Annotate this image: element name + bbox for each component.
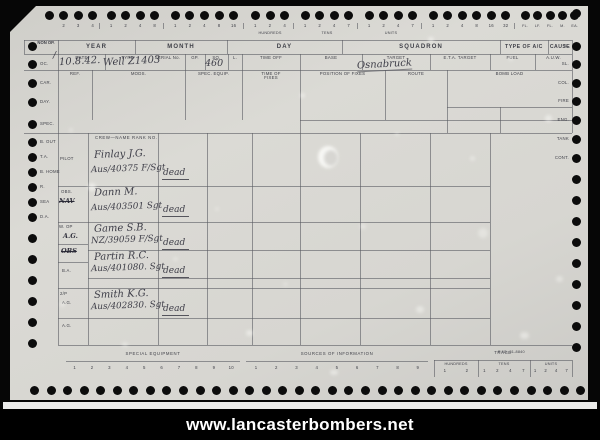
punch-hole [379, 11, 388, 20]
punch-hole [212, 386, 221, 395]
punch-hole [113, 386, 122, 395]
crew-number: Aus/401080. Sgt [91, 263, 165, 274]
paper-stain [478, 228, 488, 238]
crew-role-label: PILOT [60, 157, 74, 162]
bottom-scale-line [246, 361, 428, 362]
punch-hole [47, 386, 56, 395]
entry-date-handwritten: 10.8.42. [59, 56, 101, 68]
punch-hole [136, 11, 145, 20]
scale-digit: 7 [404, 24, 422, 29]
paper-stain [395, 132, 399, 136]
left-margin-label: D.A. [40, 215, 49, 220]
paper-stain [509, 57, 513, 61]
left-margin-label: OC. [40, 62, 48, 67]
punch-hole [501, 11, 510, 20]
header-day: DAY [227, 44, 342, 51]
scale-digit: 7 [170, 366, 187, 371]
crew-name: Partin R.C. [94, 251, 149, 263]
table-line-horizontal [58, 318, 490, 319]
punch-hole [487, 11, 496, 20]
punch-hole [311, 386, 320, 395]
table-line-vertical [228, 54, 229, 70]
left-margin-label: R. [40, 185, 45, 190]
punch-hole [146, 386, 155, 395]
table-line-vertical [207, 133, 208, 345]
scale-digit: 5 [136, 366, 153, 371]
scale-digit: 8 [388, 366, 408, 371]
punch-hole [576, 386, 585, 395]
scale-digit: 9 [205, 366, 222, 371]
punch-hole [28, 183, 37, 192]
left-margin-label: DAY. [40, 100, 50, 105]
crew-fate: dead [162, 267, 189, 278]
punch-hole [572, 217, 581, 226]
punch-hole [179, 386, 188, 395]
table-line-vertical [252, 133, 253, 345]
scale-group-tick [421, 23, 422, 29]
punch-hole [295, 386, 304, 395]
detail-ref: REF. [58, 72, 92, 77]
punch-hole [378, 386, 387, 395]
table-line-horizontal [88, 278, 490, 279]
paper-stain [360, 224, 366, 229]
table-line-horizontal [447, 107, 572, 108]
punch-hole [365, 11, 374, 20]
punch-hole [572, 343, 581, 352]
punch-hole [361, 386, 370, 395]
punch-hole [45, 11, 54, 20]
scale-digit: 16 [225, 24, 243, 29]
scale-digit: 4 [118, 366, 135, 371]
table-line-horizontal [24, 54, 572, 55]
punch-hole [572, 135, 581, 144]
scale-group-tick [99, 23, 100, 29]
scale-digit: 6 [347, 366, 367, 371]
table-line-vertical [24, 40, 25, 54]
crew-number: Aus/402830. Sgt [91, 301, 165, 312]
crew-fate: dead [162, 305, 189, 316]
punch-hole [59, 11, 68, 20]
punch-hole [572, 322, 581, 331]
scale-sub-label: TENS [298, 31, 356, 35]
punch-hole [28, 198, 37, 207]
crew-name: Game S.B. [94, 223, 147, 235]
punch-hole [527, 386, 536, 395]
table-line-horizontal [24, 133, 572, 134]
punch-hole [521, 11, 530, 20]
detail-mods: MODS. [92, 72, 185, 77]
scale-digit: 2 [266, 366, 286, 371]
scale-sub-label: UNITS [362, 31, 420, 35]
punch-hole [408, 11, 417, 20]
table-line-vertical [490, 54, 491, 70]
paper-stain [470, 156, 475, 161]
punch-hole [88, 11, 97, 20]
table-line-vertical [185, 70, 186, 120]
punch-hole [572, 116, 581, 125]
punch-hole [28, 138, 37, 147]
table-line-vertical [105, 54, 106, 70]
punch-hole [477, 386, 486, 395]
scale-digit: 4 [307, 366, 327, 371]
punch-hole [344, 11, 353, 20]
field-gp: GP. [185, 56, 205, 61]
table-line-vertical [500, 40, 501, 54]
field-l: L. [228, 56, 242, 61]
scale-digit: EA. [566, 24, 584, 28]
crew-role-handwritten: NAV [59, 197, 75, 205]
paper-stain [283, 282, 288, 286]
punch-hole [266, 11, 275, 20]
punch-hole [28, 318, 37, 327]
paper-stain [416, 306, 424, 313]
table-line-horizontal [24, 40, 572, 41]
right-margin-label: ENG. [536, 118, 569, 123]
left-margin-label: T.A. [40, 155, 48, 160]
right-margin-label: CONT. [536, 156, 569, 161]
scale-digit: 2 [491, 369, 504, 374]
punch-hole [315, 11, 324, 20]
crew-role-handwritten: OBS [61, 247, 77, 255]
scale-group-tick [357, 23, 358, 29]
punch-hole [251, 11, 260, 20]
field-eta-target: E.T.A. TARGET [430, 56, 490, 61]
punch-hole [543, 386, 552, 395]
table-line-vertical [242, 70, 243, 120]
table-line-vertical [205, 54, 206, 70]
scale-digit: 1 [530, 369, 541, 374]
scale-digit: 4 [504, 369, 517, 374]
table-line-vertical [490, 133, 491, 345]
punch-hole [460, 386, 469, 395]
crew-fate: dead [162, 239, 189, 250]
punch-hole [28, 255, 37, 264]
punch-hole [262, 386, 271, 395]
special-equipment-title: SPECIAL EQUIPMENT [66, 352, 240, 357]
bottom-scale-line [66, 361, 240, 362]
punch-hole [472, 11, 481, 20]
crew-fate: dead [162, 169, 189, 180]
detail-time-of-fixes: TIME OF FIXES [256, 72, 286, 82]
trace-sub-label: TENS [478, 362, 530, 366]
punch-hole [429, 11, 438, 20]
punch-hole [572, 280, 581, 289]
punch-hole [278, 386, 287, 395]
punch-hole [150, 11, 159, 20]
left-margin-label: CAR. [40, 81, 51, 86]
table-line-horizontal [58, 244, 88, 245]
punch-hole [129, 386, 138, 395]
table-line-vertical [447, 70, 448, 133]
punch-hole [245, 386, 254, 395]
scale-digit: 2 [83, 366, 100, 371]
punch-hole [493, 386, 502, 395]
field-time-off: TIME OFF [242, 56, 300, 61]
punch-hole [30, 386, 39, 395]
scale-sub-label: HUNDREDS [248, 31, 292, 35]
header-squadron: SQUADRON [342, 44, 500, 51]
entry-type-serial-handwritten: Well Z1403 [103, 56, 161, 69]
paper-stain [173, 257, 178, 261]
punch-hole [280, 11, 289, 20]
table-line-vertical [430, 54, 431, 70]
crew-name: Dann M. [94, 187, 138, 199]
punch-hole [28, 98, 37, 107]
punch-hole [28, 339, 37, 348]
header-year: YEAR [58, 44, 135, 51]
crew-fate: dead [162, 206, 189, 217]
punch-hole [196, 386, 205, 395]
table-line-vertical [362, 54, 363, 70]
scale-digit: 9 [408, 366, 428, 371]
crew-role-handwritten: A.G. [63, 232, 78, 240]
table-line-horizontal [300, 120, 572, 121]
punch-hole [444, 386, 453, 395]
punch-hole [427, 386, 436, 395]
punch-hole [74, 11, 83, 20]
table-line-vertical [227, 40, 228, 54]
table-line-vertical [360, 133, 361, 345]
scale-digit: 4 [551, 369, 562, 374]
field-base: BASE [300, 56, 362, 61]
trace-sub-label: HUNDREDS [434, 362, 478, 366]
scale-digit: 1 [434, 369, 456, 374]
punch-hole [162, 386, 171, 395]
punch-hole [28, 79, 37, 88]
punch-hole [328, 386, 337, 395]
website-bar: www.lancasterbombers.net [0, 409, 600, 440]
right-margin-label: SL. [536, 62, 569, 67]
scale-digit: 7 [562, 369, 573, 374]
punch-hole [28, 213, 37, 222]
crew-role-label: OBS. [61, 190, 72, 195]
punch-hole [572, 175, 581, 184]
punch-hole [96, 386, 105, 395]
punch-hole [572, 301, 581, 310]
punch-hole [28, 153, 37, 162]
scale-group-tick [434, 360, 435, 377]
scale-group-tick [243, 23, 244, 29]
right-margin-label: TANK [536, 137, 569, 142]
crew-number: Aus/403501 Sgt [91, 202, 162, 213]
trace-sub-label: UNITS [530, 362, 572, 366]
scale-digit: 32 [497, 24, 515, 29]
crew-number: NZ/39059 F/Sgt [91, 235, 163, 246]
table-line-vertical [135, 40, 136, 54]
entry-squadron-handwritten: 460 [205, 59, 223, 69]
scale-group-tick [572, 360, 573, 377]
scale-digit: 4 [276, 24, 294, 29]
scale-digit: 8 [146, 24, 164, 29]
right-margin-label: FIRE [536, 99, 569, 104]
crew-name: Smith K.G. [94, 289, 149, 301]
table-line-vertical [242, 54, 243, 70]
paper-stain [246, 330, 253, 336]
punch-hole [443, 11, 452, 20]
paper-stain [300, 93, 305, 98]
crew-name: Finlay J.G. [94, 149, 146, 161]
paper-stain [520, 332, 529, 339]
punch-hole [394, 386, 403, 395]
crew-number: Aus/40375 F/Sgt [91, 164, 166, 175]
punch-hole [28, 168, 37, 177]
scale-digit: 7 [517, 369, 530, 374]
scale-digit: 2 [456, 369, 478, 374]
scale-group-tick [163, 23, 164, 29]
crew-role-label: W. OP [59, 225, 73, 230]
punch-hole [80, 386, 89, 395]
punch-hole [215, 11, 224, 20]
table-line-horizontal [58, 345, 572, 346]
table-line-vertical [58, 40, 59, 345]
paper-stain [60, 302, 65, 307]
punch-hole [572, 79, 581, 88]
scale-digit: 7 [340, 24, 358, 29]
punch-hole [28, 276, 37, 285]
punch-hole [510, 386, 519, 395]
punch-hole [572, 60, 581, 69]
scale-digit: 6 [153, 366, 170, 371]
left-margin-label: SPEC. [40, 122, 54, 127]
scale-group-tick [293, 23, 294, 29]
right-margin-label: COL. [536, 81, 569, 86]
punch-card-content: NON OP. YEAR MONTH DAY SQUADRON TYPE OF … [0, 0, 600, 440]
punch-hole [107, 11, 116, 20]
punch-hole [28, 297, 37, 306]
entry-check-mark: / [53, 52, 56, 61]
punch-hole [185, 11, 194, 20]
table-line-vertical [92, 70, 93, 120]
punch-hole [572, 9, 581, 18]
scale-digit: 10 [223, 366, 240, 371]
punch-hole [546, 11, 555, 20]
paper-stain [330, 370, 338, 375]
form-number: P.8O. 51-8840 [498, 350, 525, 354]
paper-stain [69, 128, 73, 132]
punch-hole [572, 196, 581, 205]
crew-role-label: A.G. [62, 324, 72, 329]
punch-hole [560, 386, 569, 395]
paper-stain [88, 183, 96, 191]
scale-group-tick [478, 360, 479, 377]
scale-digit: 3 [101, 366, 118, 371]
table-line-vertical [88, 133, 89, 345]
detail-route: ROUTE [385, 72, 447, 77]
sources-of-information-title: SOURCES OF INFORMATION [246, 352, 428, 357]
punch-hole [28, 120, 37, 129]
header-non-op: NON OP. [36, 41, 56, 46]
website-url: www.lancasterbombers.net [186, 415, 414, 435]
punch-hole [394, 11, 403, 20]
detail-spec-equip: SPEC. EQUIP. [185, 72, 242, 77]
scale-group-tick [530, 360, 531, 377]
scanned-loss-card-photo: NON OP. YEAR MONTH DAY SQUADRON TYPE OF … [0, 0, 600, 440]
paper-stain [122, 342, 128, 347]
scale-digit: 8 [188, 366, 205, 371]
crew-role-label: B.A. [62, 269, 71, 274]
table-line-vertical [385, 70, 386, 120]
punch-hole [458, 11, 467, 20]
punch-hole [572, 259, 581, 268]
scan-edge-strip [3, 402, 597, 409]
paper-stain [545, 115, 552, 122]
scale-digit: 7 [367, 366, 387, 371]
punch-hole [572, 97, 581, 106]
paper-stain [215, 207, 219, 211]
scale-group-tick [514, 23, 515, 29]
scale-digit: 3 [286, 366, 306, 371]
punch-hole [344, 386, 353, 395]
paper-stain [556, 276, 563, 282]
scale-digit: 1 [66, 366, 83, 371]
paper-stain [324, 150, 338, 166]
left-margin-label: B. OUT [40, 140, 56, 145]
paper-stain [428, 37, 434, 42]
field-auw: A.U.W. [535, 56, 572, 61]
table-line-vertical [185, 54, 186, 70]
punch-hole [572, 42, 581, 51]
table-line-horizontal [24, 70, 572, 71]
punch-hole [28, 234, 37, 243]
punch-hole [411, 386, 420, 395]
punch-hole [558, 11, 567, 20]
punch-hole [28, 60, 37, 69]
punch-hole [301, 11, 310, 20]
punch-hole [229, 11, 238, 20]
scale-digit: 2 [541, 369, 552, 374]
punch-hole [200, 11, 209, 20]
punch-hole [229, 386, 238, 395]
punch-hole [330, 11, 339, 20]
punch-hole [572, 154, 581, 163]
scale-digit: 1 [246, 366, 266, 371]
table-line-vertical [430, 133, 431, 345]
punch-hole [28, 42, 37, 51]
left-margin-label: B. HOME [40, 170, 60, 175]
detail-bomb-load: BOMB LOAD [447, 72, 572, 77]
table-line-vertical [342, 40, 343, 54]
crew-role-label: 2/P [60, 292, 67, 297]
crew-table-header: CREW—NAME RANK NO. [95, 136, 158, 141]
header-month: MONTH [135, 44, 227, 51]
punch-hole [171, 11, 180, 20]
left-margin-label: SEA [40, 200, 49, 205]
punch-hole [572, 238, 581, 247]
right-margin-label: N. [536, 44, 569, 49]
punch-hole [533, 11, 542, 20]
punch-hole [63, 386, 72, 395]
scale-digit: 1 [478, 369, 491, 374]
punch-hole [121, 11, 130, 20]
detail-position-of-fixes: POSITION OF FIXES [300, 72, 385, 77]
table-line-horizontal [58, 262, 88, 263]
